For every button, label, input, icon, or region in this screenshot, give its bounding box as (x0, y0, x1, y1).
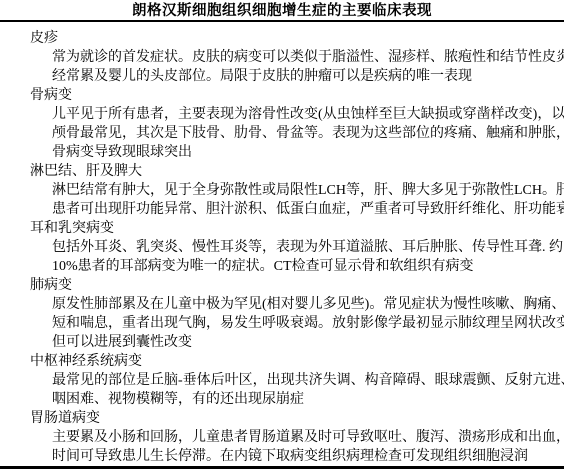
paragraph-line: 原发性肺部累及在儿童中极为罕见(相对婴儿多见些)。常见症状为慢性咳嗽、胸痛、气 (0, 295, 564, 314)
section-heading: 皮疹 (0, 29, 564, 48)
section: 肺病变原发性肺部累及在儿童中极为罕见(相对婴儿多见些)。常见症状为慢性咳嗽、胸痛… (0, 276, 564, 352)
paragraph-line: 包括外耳炎、乳突炎、慢性耳炎等，表现为外耳道溢脓、耳后肿胀、传导性耳聋. 约 (0, 238, 564, 257)
paragraph-line: 患者可出现肝功能异常、胆汁淤积、低蛋白血症，严重者可导致肝纤维化、肝功能衰竭 (0, 200, 564, 219)
section-heading: 肺病变 (0, 276, 564, 295)
document-page: 朗格汉斯细胞组织细胞增生症的主要临床表现 皮疹常为就诊的首发症状。皮肤的病变可以… (0, 0, 564, 472)
paragraph-line: 咽困难、视物模糊等，有的还出现尿崩症 (0, 390, 564, 409)
paragraph-line: 主要累及小肠和回肠，儿童患者胃肠道累及时可导致呕吐、腹泻、溃疡形成和出血，长 (0, 428, 564, 447)
section-heading: 骨病变 (0, 86, 564, 105)
section-heading: 淋巴结、肝及脾大 (0, 162, 564, 181)
section-heading: 胃肠道病变 (0, 409, 564, 428)
paragraph-line: 10%患者的耳部病变为唯一的症状。CT检查可显示骨和软组织有病变 (0, 257, 564, 276)
section: 耳和乳突病变包括外耳炎、乳突炎、慢性耳炎等，表现为外耳道溢脓、耳后肿胀、传导性耳… (0, 219, 564, 276)
section: 中枢神经系统病变最常见的部位是丘脑-垂体后叶区，出现共济失调、构音障碍、眼球震颤… (0, 352, 564, 409)
section: 皮疹常为就诊的首发症状。皮肤的病变可以类似于脂溢性、湿疹样、脓疱性和结节性皮炎，… (0, 29, 564, 86)
paragraph-line: 时间可导致患儿生长停滞。在内镜下取病变组织病理检查可发现组织细胞浸润 (0, 447, 564, 466)
paragraph-line: 淋巴结常有肿大，见于全身弥散性或局限性LCH等，肝、脾大多见于弥散性LCH。肝大… (0, 181, 564, 200)
section: 胃肠道病变主要累及小肠和回肠，儿童患者胃肠道累及时可导致呕吐、腹泻、溃疡形成和出… (0, 409, 564, 466)
paragraph-line: 常为就诊的首发症状。皮肤的病变可以类似于脂溢性、湿疹样、脓疱性和结节性皮炎， (0, 48, 564, 67)
section: 骨病变儿平见于所有患者，主要表现为溶骨性改变(从虫蚀样至巨大缺损或穿凿样改变)，… (0, 86, 564, 162)
paragraph-line: 但可以进展到囊性改变 (0, 333, 564, 352)
paragraph-line: 经常累及婴儿的头皮部位。局限于皮肤的肿瘤可以是疾病的唯一表现 (0, 67, 564, 86)
top-rule-divider (0, 20, 564, 22)
page-title: 朗格汉斯细胞组织细胞增生症的主要临床表现 (0, 3, 564, 20)
paragraph-line: 颅骨最常见，其次是下肢骨、肋骨、骨盆等。表现为这些部位的疼痛、触痛和肿胀，眶 (0, 124, 564, 143)
bottom-rule-divider (0, 466, 564, 469)
section-heading: 中枢神经系统病变 (0, 352, 564, 371)
paragraph-line: 短和喘息，重者出现气胸，易发生呼吸衰竭。放射影像学最初显示肺纹理呈网状改变， (0, 314, 564, 333)
paragraph-line: 儿平见于所有患者，主要表现为溶骨性改变(从虫蚀样至巨大缺损或穿凿样改变)，以头 (0, 105, 564, 124)
paragraph-line: 最常见的部位是丘脑-垂体后叶区，出现共济失调、构音障碍、眼球震颤、反射亢进、吞 (0, 371, 564, 390)
section-heading: 耳和乳突病变 (0, 219, 564, 238)
paragraph-line: 骨病变导致现眼球突出 (0, 143, 564, 162)
section: 淋巴结、肝及脾大淋巴结常有肿大，见于全身弥散性或局限性LCH等，肝、脾大多见于弥… (0, 162, 564, 219)
document-body: 皮疹常为就诊的首发症状。皮肤的病变可以类似于脂溢性、湿疹样、脓疱性和结节性皮炎，… (0, 29, 564, 466)
